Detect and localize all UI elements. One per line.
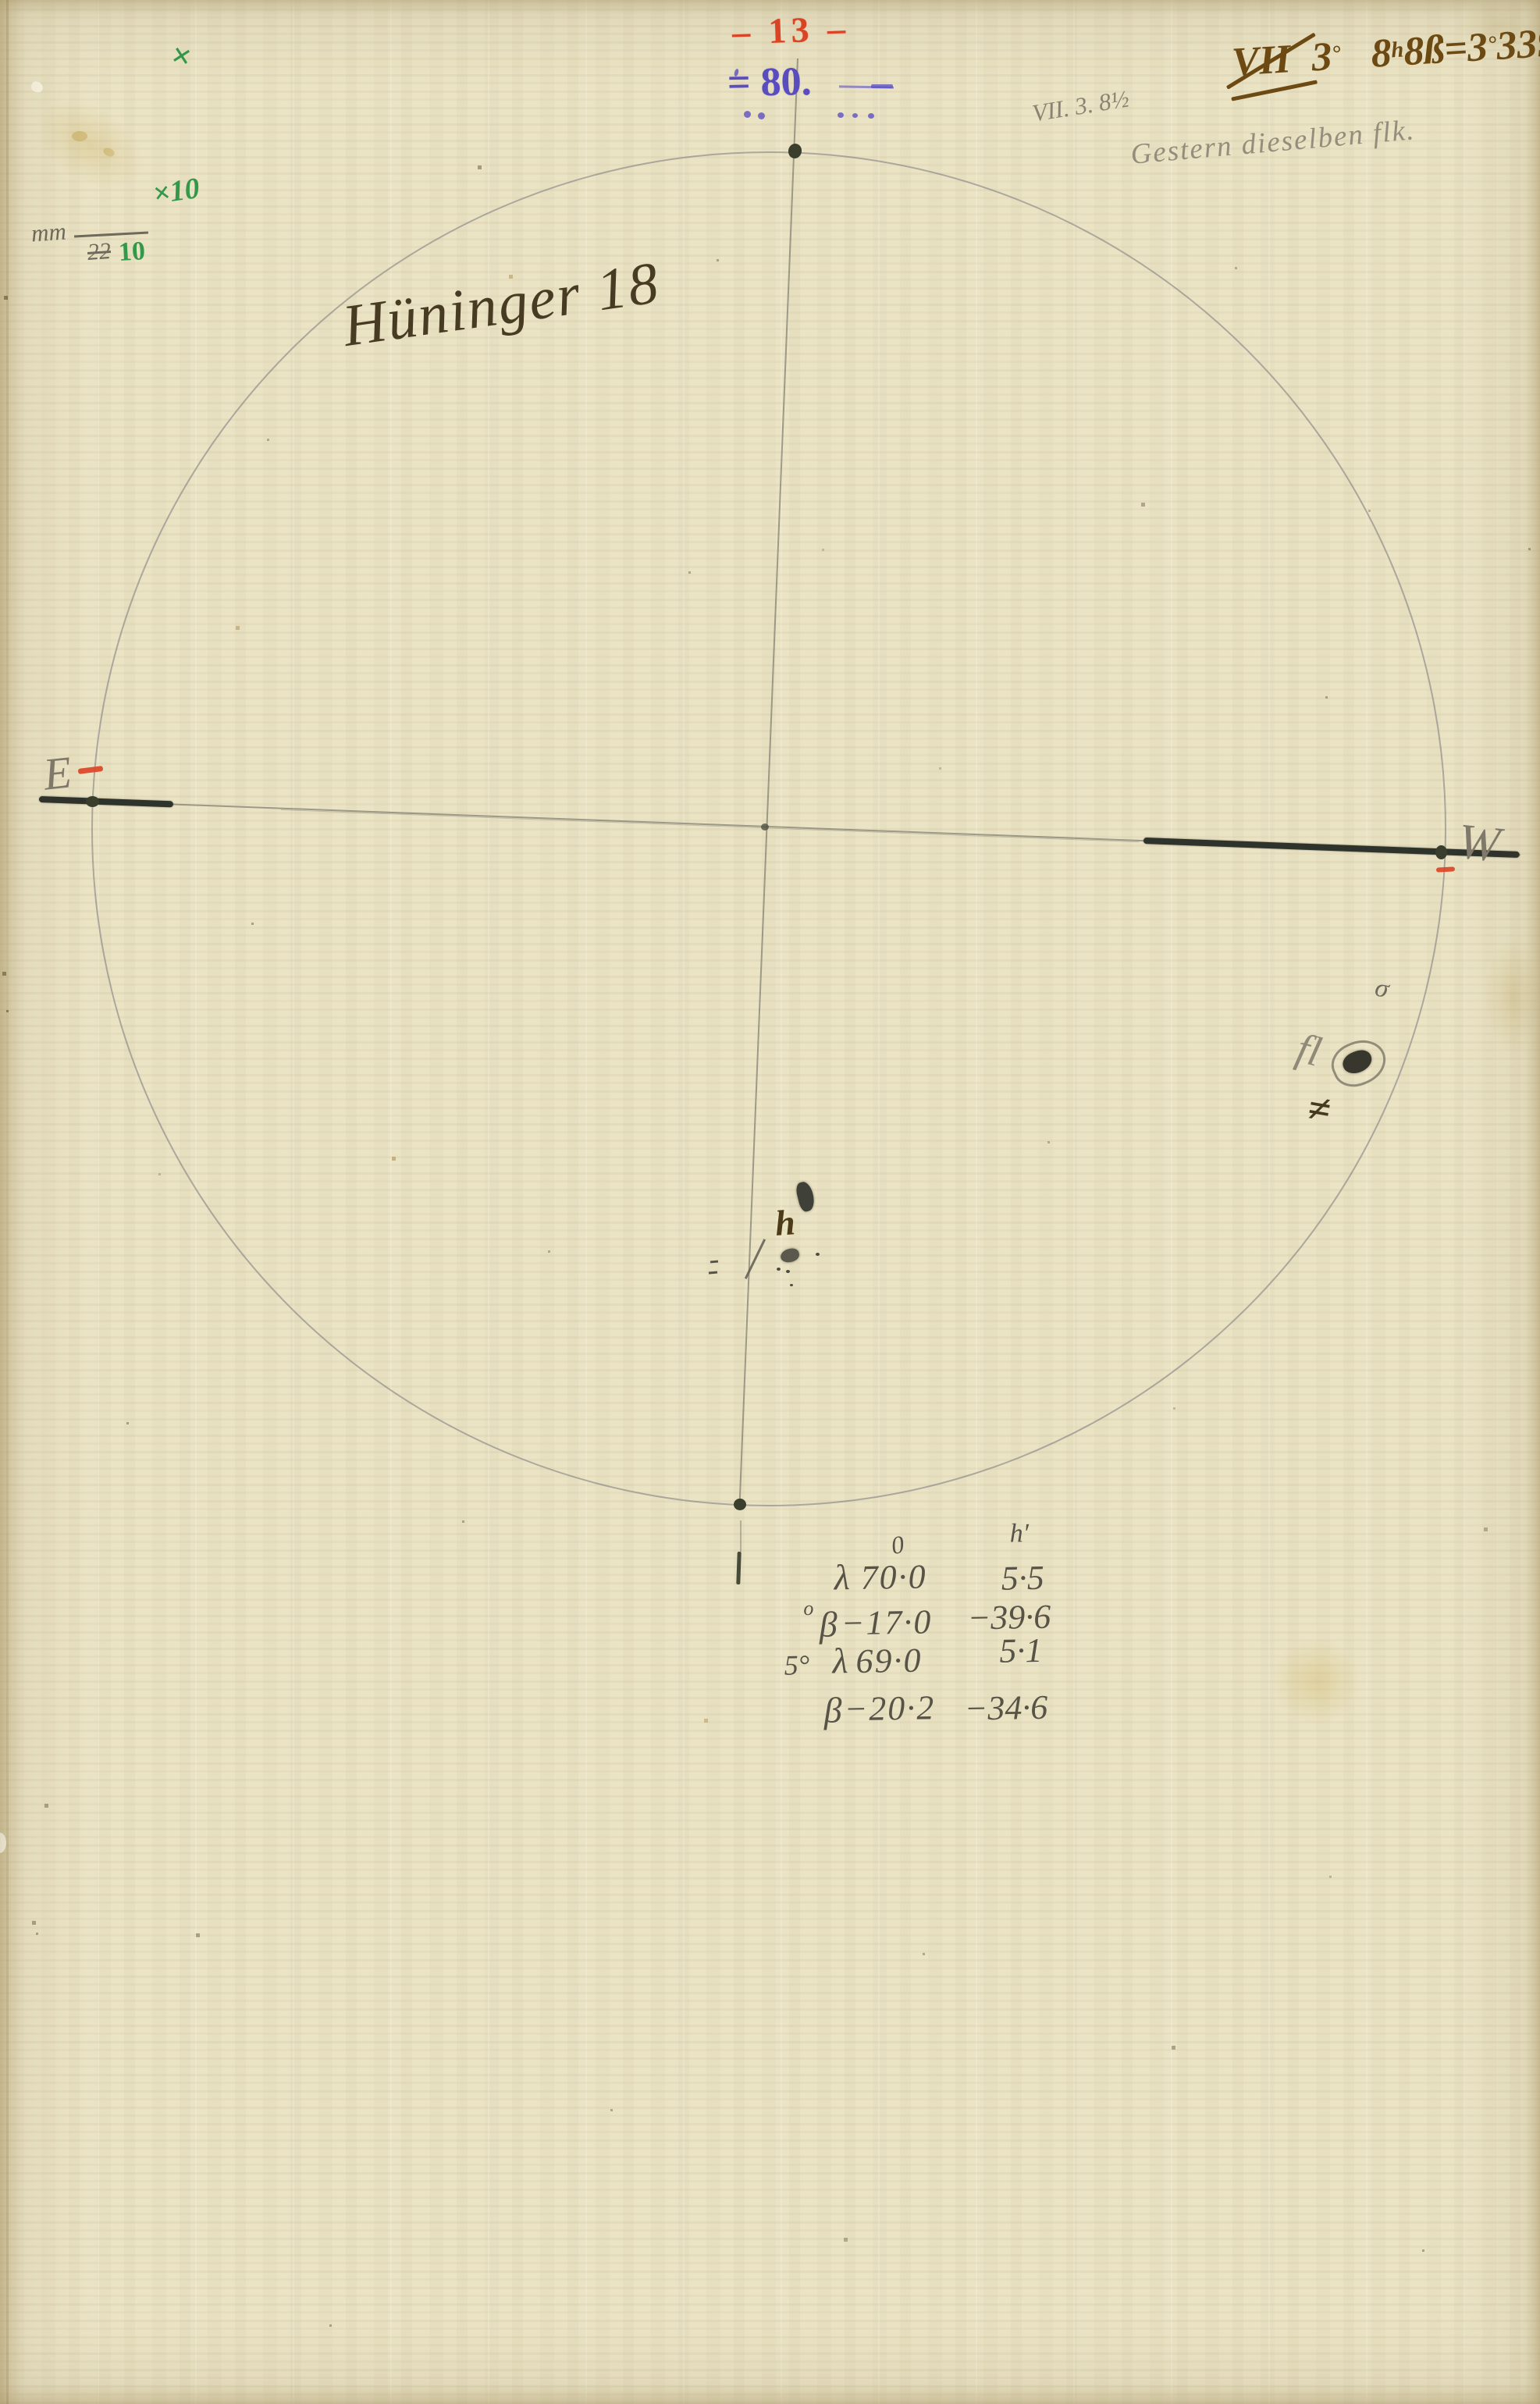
table-col1-header: 0 xyxy=(890,1531,906,1558)
ink-date-line: VII 3° 8h8ß=3°339 xyxy=(1231,23,1540,83)
ink-date-hour: 8 xyxy=(1370,30,1392,76)
purple-dot-mark xyxy=(852,113,858,118)
archive-number: = 80. xyxy=(727,62,813,104)
measurement-table: 0 h′ o 5° λ 70·0 5·5 β −17·0 −39·6 λ 69·… xyxy=(780,1516,1111,1755)
table-row-value: 69·0 xyxy=(855,1644,923,1679)
paper-stain xyxy=(72,131,87,141)
solar-disk-circle xyxy=(91,151,1446,1506)
mm-green-value: 10 xyxy=(118,238,146,266)
disk-west-dot xyxy=(1435,845,1447,859)
purple-dot-mark xyxy=(758,112,765,119)
table-row-sym: β xyxy=(819,1606,838,1642)
south-extension-dash xyxy=(736,1552,741,1584)
table-row-sym: λ xyxy=(834,1559,850,1595)
green-cross-mark: × xyxy=(169,37,195,75)
ink-date-day-sup: ° xyxy=(1331,41,1341,66)
west-red-tick xyxy=(1436,866,1455,872)
table-margin-label: o xyxy=(803,1599,813,1619)
paper-chip xyxy=(30,80,44,94)
south-extension-faint-line xyxy=(740,1520,742,1552)
ink-date-day: 3 xyxy=(1311,34,1333,80)
green-scale-note: ×10 xyxy=(151,173,201,209)
mm-unit-label: mm xyxy=(30,219,67,245)
pencil-date: VII. 3. 8½ xyxy=(1030,86,1130,125)
disk-east-dot xyxy=(86,796,99,807)
table-row-value: 5·1 xyxy=(999,1634,1043,1669)
table-row-value: −17·0 xyxy=(841,1605,932,1641)
purple-dot-mark xyxy=(838,112,844,118)
table-row-value: −20·2 xyxy=(844,1691,935,1727)
purple-dot-mark xyxy=(868,113,874,119)
purple-dot-mark xyxy=(744,111,751,118)
table-row-value: 70·0 xyxy=(860,1559,927,1595)
table-margin-label: 5° xyxy=(784,1651,809,1680)
scanned-notebook-page: E W – 13 – = 80. × ×10 mm 22 10 VII 3° 8… xyxy=(0,0,1540,2404)
tiny-spot-dot xyxy=(777,1268,781,1271)
paper-chip xyxy=(0,1833,6,1853)
west-label: W xyxy=(1456,816,1503,869)
paper-stain xyxy=(1485,941,1540,1054)
table-row-sym: β xyxy=(823,1692,842,1728)
spot-letter-h: h xyxy=(774,1204,796,1242)
mm-struck-value: 22 xyxy=(87,240,112,265)
tiny-spot-dot xyxy=(786,1270,790,1273)
pencil-note: Gestern dieselben flk. xyxy=(1129,116,1416,169)
ink-date-roman: VII xyxy=(1231,39,1292,83)
table-col2-header: h′ xyxy=(1009,1520,1029,1547)
disk-center-dot xyxy=(761,823,769,830)
east-label: E xyxy=(41,749,73,797)
purple-dash-mark xyxy=(871,84,893,88)
paper-stain xyxy=(20,82,159,207)
table-row-sym: λ xyxy=(832,1643,848,1679)
tiny-spot-dot xyxy=(816,1253,820,1256)
page-crease xyxy=(6,0,9,2404)
table-row-value: −39·6 xyxy=(967,1600,1051,1636)
paper-stain xyxy=(1272,1638,1360,1725)
table-row-value: 5·5 xyxy=(1001,1561,1044,1596)
disk-south-dot xyxy=(734,1499,746,1510)
ink-date-minute: 8ß=3 xyxy=(1403,25,1489,74)
paper-specks-light xyxy=(0,0,2,2)
ink-date-hour-sup: h xyxy=(1390,37,1404,62)
ink-date-tail: 339 xyxy=(1496,20,1540,69)
page-number: – 13 – xyxy=(731,10,851,50)
tiny-spot-dot xyxy=(790,1284,793,1286)
table-row-value: −34·6 xyxy=(964,1691,1047,1727)
